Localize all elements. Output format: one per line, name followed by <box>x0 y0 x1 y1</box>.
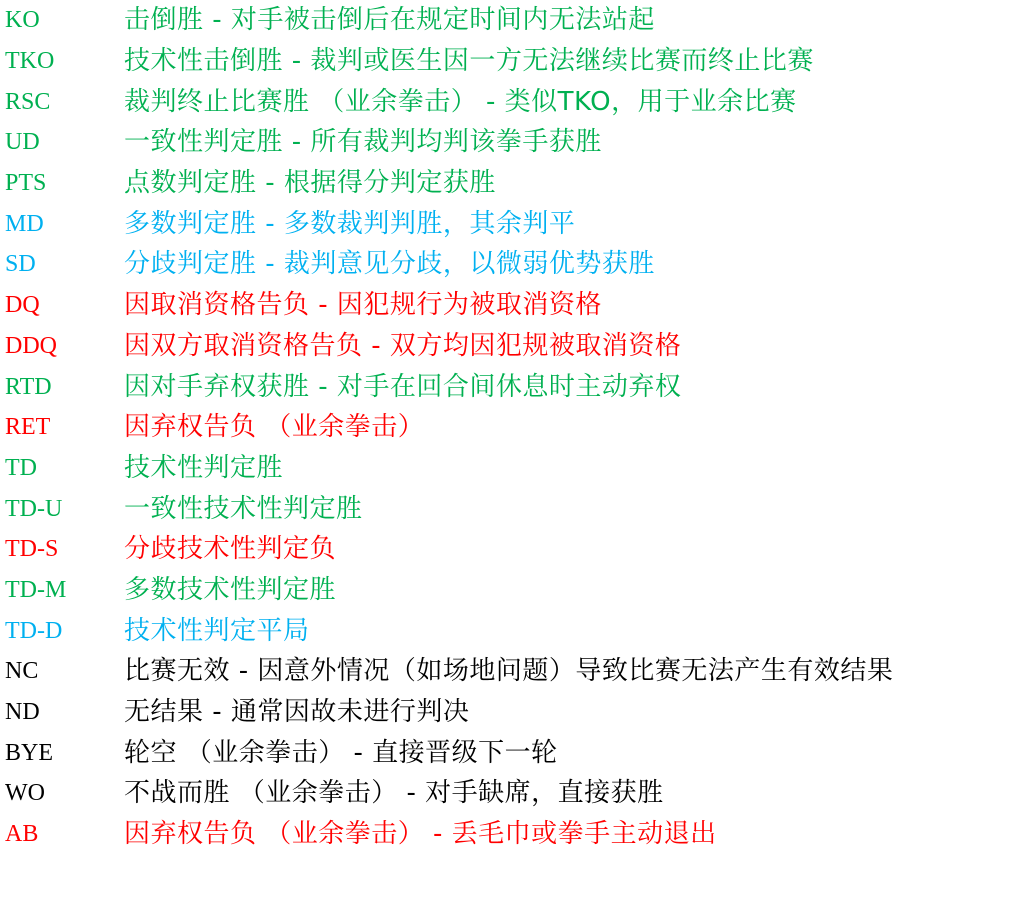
result-description: 因弃权告负 （业余拳击） - 丢毛巾或拳手主动退出 <box>124 821 717 847</box>
result-code: SD <box>5 252 124 276</box>
result-description: 无结果 - 通常因故未进行判决 <box>124 699 469 725</box>
legend-row-nc: NC 比赛无效 - 因意外情况（如场地问题）导致比赛无法产生有效结果 <box>5 651 893 692</box>
legend-row-ddq: DDQ 因双方取消资格告负 - 双方均因犯规被取消资格 <box>5 326 893 367</box>
legend-row-td-s: TD-S 分歧技术性判定负 <box>5 529 893 570</box>
result-description: 轮空 （业余拳击） - 直接晋级下一轮 <box>124 740 558 766</box>
legend-row-md: MD 多数判定胜 - 多数裁判判胜，其余判平 <box>5 203 893 244</box>
legend-row-ab: AB 因弃权告负 （业余拳击） - 丢毛巾或拳手主动退出 <box>5 814 893 855</box>
result-description: 技术性击倒胜 - 裁判或医生因一方无法继续比赛而终止比赛 <box>124 48 814 74</box>
legend-row-bye: BYE 轮空 （业余拳击） - 直接晋级下一轮 <box>5 732 893 773</box>
result-description: 分歧判定胜 - 裁判意见分歧，以微弱优势获胜 <box>124 251 655 277</box>
legend-row-ret: RET 因弃权告负 （业余拳击） <box>5 407 893 448</box>
legend-row-sd: SD 分歧判定胜 - 裁判意见分歧，以微弱优势获胜 <box>5 244 893 285</box>
result-code: TD-U <box>5 497 124 521</box>
result-description: 分歧技术性判定负 <box>124 536 336 562</box>
result-description: 因对手弃权获胜 - 对手在回合间休息时主动弃权 <box>124 374 681 400</box>
result-code: TKO <box>5 49 124 73</box>
result-code: TD <box>5 456 124 480</box>
result-description: 因取消资格告负 - 因犯规行为被取消资格 <box>124 292 602 318</box>
result-code: TD-M <box>5 578 124 602</box>
result-code: TD-D <box>5 619 124 643</box>
result-description: 不战而胜 （业余拳击） - 对手缺席，直接获胜 <box>124 780 664 806</box>
result-code: TD-S <box>5 537 124 561</box>
legend-row-dq: DQ 因取消资格告负 - 因犯规行为被取消资格 <box>5 285 893 326</box>
result-description: 裁判终止比赛胜 （业余拳击） - 类似TKO，用于业余比赛 <box>124 89 797 115</box>
legend-row-td-u: TD-U 一致性技术性判定胜 <box>5 488 893 529</box>
result-code: RTD <box>5 375 124 399</box>
legend-row-tko: TKO 技术性击倒胜 - 裁判或医生因一方无法继续比赛而终止比赛 <box>5 41 893 82</box>
result-description: 多数技术性判定胜 <box>124 577 336 603</box>
result-description: 技术性判定平局 <box>124 618 310 644</box>
result-description: 因弃权告负 （业余拳击） <box>124 414 424 440</box>
legend-row-rtd: RTD 因对手弃权获胜 - 对手在回合间休息时主动弃权 <box>5 366 893 407</box>
result-description: 比赛无效 - 因意外情况（如场地问题）导致比赛无法产生有效结果 <box>124 658 893 684</box>
legend-row-td-m: TD-M 多数技术性判定胜 <box>5 570 893 611</box>
result-description: 多数判定胜 - 多数裁判判胜，其余判平 <box>124 211 575 237</box>
legend-row-ud: UD 一致性判定胜 - 所有裁判均判该拳手获胜 <box>5 122 893 163</box>
result-code: KO <box>5 8 124 32</box>
result-code: AB <box>5 822 124 846</box>
boxing-result-legend: KO 击倒胜 - 对手被击倒后在规定时间内无法站起 TKO 技术性击倒胜 - 裁… <box>5 0 893 854</box>
result-description: 点数判定胜 - 根据得分判定获胜 <box>124 170 496 196</box>
legend-row-nd: ND 无结果 - 通常因故未进行判决 <box>5 692 893 733</box>
result-code: ND <box>5 700 124 724</box>
result-description: 因双方取消资格告负 - 双方均因犯规被取消资格 <box>124 333 681 359</box>
legend-row-wo: WO 不战而胜 （业余拳击） - 对手缺席，直接获胜 <box>5 773 893 814</box>
result-code: DDQ <box>5 334 124 358</box>
legend-row-pts: PTS 点数判定胜 - 根据得分判定获胜 <box>5 163 893 204</box>
result-code: RSC <box>5 90 124 114</box>
result-code: MD <box>5 212 124 236</box>
result-code: DQ <box>5 293 124 317</box>
result-code: RET <box>5 415 124 439</box>
result-description: 一致性技术性判定胜 <box>124 496 363 522</box>
legend-row-td: TD 技术性判定胜 <box>5 448 893 489</box>
result-code: WO <box>5 781 124 805</box>
legend-row-ko: KO 击倒胜 - 对手被击倒后在规定时间内无法站起 <box>5 0 893 41</box>
legend-row-rsc: RSC 裁判终止比赛胜 （业余拳击） - 类似TKO，用于业余比赛 <box>5 81 893 122</box>
result-description: 技术性判定胜 <box>124 455 283 481</box>
result-code: NC <box>5 659 124 683</box>
result-description: 一致性判定胜 - 所有裁判均判该拳手获胜 <box>124 129 602 155</box>
result-code: PTS <box>5 171 124 195</box>
legend-row-td-d: TD-D 技术性判定平局 <box>5 610 893 651</box>
result-code: BYE <box>5 741 124 765</box>
result-code: UD <box>5 130 124 154</box>
result-description: 击倒胜 - 对手被击倒后在规定时间内无法站起 <box>124 7 655 33</box>
